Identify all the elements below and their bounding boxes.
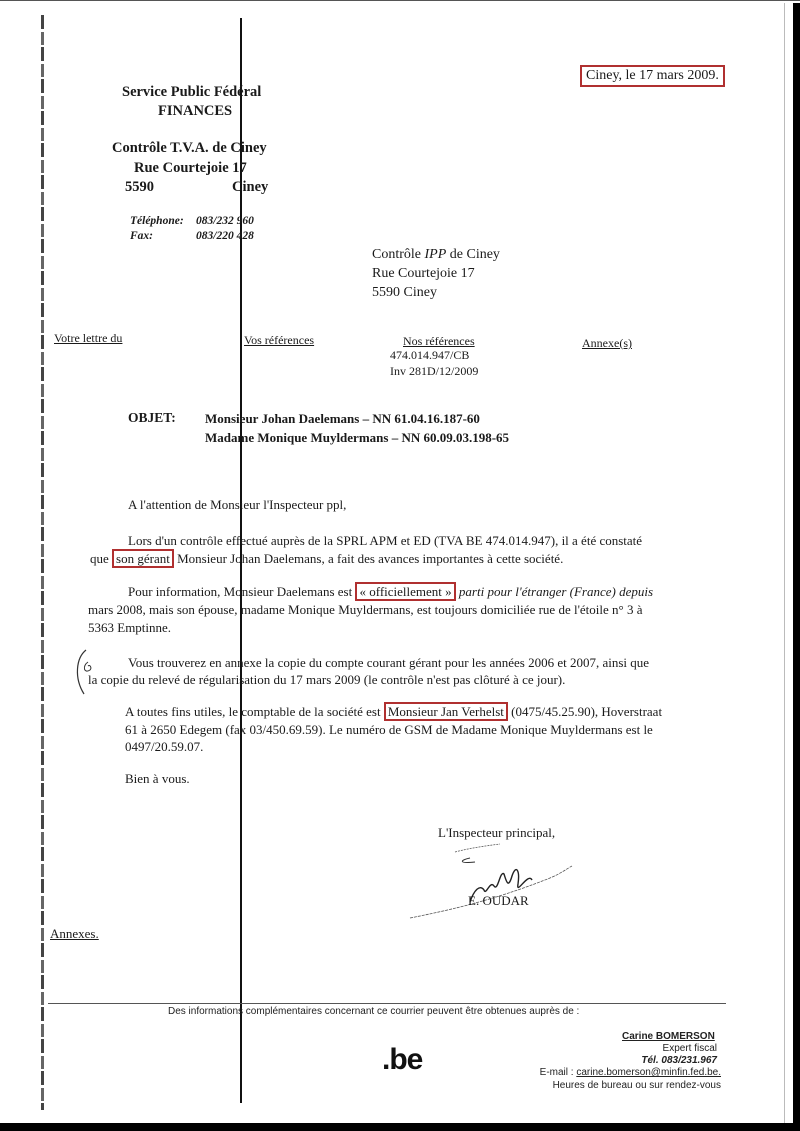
objet-label: OBJET: xyxy=(128,410,176,426)
footer-info: Des informations complémentaires concern… xyxy=(168,1006,579,1017)
recipient-office-ipp: IPP xyxy=(425,247,447,262)
paragraph4-line2: 61 à 2650 Edegem (fax 03/450.69.59). Le … xyxy=(125,722,653,738)
sender-postcode: 5590 xyxy=(125,179,154,196)
recipient-street: Rue Courtejoie 17 xyxy=(372,266,475,282)
p4-pre: A toutes fins utiles, le comptable de la… xyxy=(125,704,384,719)
annexes-footer-label: Annexes. xyxy=(50,926,99,942)
paragraph1-line2: que son gérant Monsieur Johan Daelemans,… xyxy=(90,551,563,567)
sender-city: Ciney xyxy=(232,179,268,196)
contact-email-label: E-mail : xyxy=(540,1067,577,1078)
sender-street: Rue Courtejoie 17 xyxy=(134,160,247,177)
paragraph3-line1: Vous trouverez en annexe la copie du com… xyxy=(128,655,649,671)
highlight-officiellement: « officiellement » xyxy=(355,582,455,601)
paragraph2-line2: mars 2008, mais son épouse, madame Moniq… xyxy=(88,602,643,618)
page-shadow-bottom xyxy=(0,1123,800,1131)
nos-references-line2: Inv 281D/12/2009 xyxy=(390,364,478,379)
votre-lettre-label: Votre lettre du xyxy=(54,331,122,346)
be-logo: .be xyxy=(382,1043,422,1077)
salutation: A l'attention de Monsieur l'Inspecteur p… xyxy=(128,497,346,513)
p1-post: Monsieur Johan Daelemans, a fait des ava… xyxy=(174,551,564,566)
signatory-name: E. OUDAR xyxy=(468,893,529,909)
contact-title: Expert fiscal xyxy=(663,1043,717,1054)
page-edge-line xyxy=(784,3,785,1123)
sender-fax: 083/220 428 xyxy=(196,230,254,242)
footer-rule xyxy=(48,1003,726,1004)
handwritten-margin-mark xyxy=(72,648,102,698)
closing: Bien à vous. xyxy=(125,771,190,787)
paragraph4-line3: 0497/20.59.07. xyxy=(125,739,203,755)
annexes-label-header: Annexe(s) xyxy=(582,336,632,351)
p1-pre: que xyxy=(90,551,112,566)
recipient-office-prefix: Contrôle xyxy=(372,247,425,262)
nos-references-line1: 474.014.947/CB xyxy=(390,348,469,363)
scan-artifact-dashed-line xyxy=(41,15,44,1110)
recipient-city: 5590 Ciney xyxy=(372,285,437,301)
paragraph2-line3: 5363 Emptinne. xyxy=(88,620,171,636)
recipient-office: Contrôle IPP de Ciney xyxy=(372,247,500,263)
contact-name: Carine BOMERSON xyxy=(622,1031,715,1042)
p4-post: (0475/45.25.90), Hoverstraat xyxy=(508,704,662,719)
nos-references-label: Nos références xyxy=(403,334,475,349)
contact-email[interactable]: carine.bomerson@minfin.fed.be. xyxy=(576,1067,721,1078)
contact-hours: Heures de bureau ou sur rendez-vous xyxy=(553,1080,721,1091)
sender-fax-label: Fax: xyxy=(130,230,153,242)
contact-email-line: E-mail : carine.bomerson@minfin.fed.be. xyxy=(540,1067,721,1078)
sender-line2: FINANCES xyxy=(158,103,232,120)
p2-pre: Pour information, Monsieur Daelemans est xyxy=(128,584,355,599)
highlight-jan-verhelst: Monsieur Jan Verhelst xyxy=(384,702,508,721)
objet-line1: Monsieur Johan Daelemans – NN 61.04.16.1… xyxy=(205,411,480,427)
p2-post: parti pour l'étranger (France) depuis xyxy=(456,584,653,599)
contact-phone: Tél. 083/231.967 xyxy=(641,1055,717,1066)
objet-line2: Madame Monique Muyldermans – NN 60.09.03… xyxy=(205,430,509,446)
paragraph3-line2: la copie du relevé de régularisation du … xyxy=(88,672,565,688)
paragraph4-line1: A toutes fins utiles, le comptable de la… xyxy=(125,704,662,720)
letter-date: Ciney, le 17 mars 2009. xyxy=(580,65,725,87)
paragraph2-line1: Pour information, Monsieur Daelemans est… xyxy=(128,584,653,600)
page-shadow-right xyxy=(793,3,800,1131)
sender-office: Contrôle T.V.A. de Ciney xyxy=(112,140,267,157)
highlight-son-gerant: son gérant xyxy=(112,549,174,568)
sender-line1: Service Public Fédéral xyxy=(122,84,261,101)
sender-phone-label: Téléphone: xyxy=(130,215,184,227)
recipient-office-suffix: de Ciney xyxy=(446,247,500,262)
paragraph1-line1: Lors d'un contrôle effectué auprès de la… xyxy=(128,533,642,549)
signature-title: L'Inspecteur principal, xyxy=(438,825,555,841)
vos-references-label: Vos références xyxy=(244,333,314,348)
sender-phone: 083/232 960 xyxy=(196,215,254,227)
